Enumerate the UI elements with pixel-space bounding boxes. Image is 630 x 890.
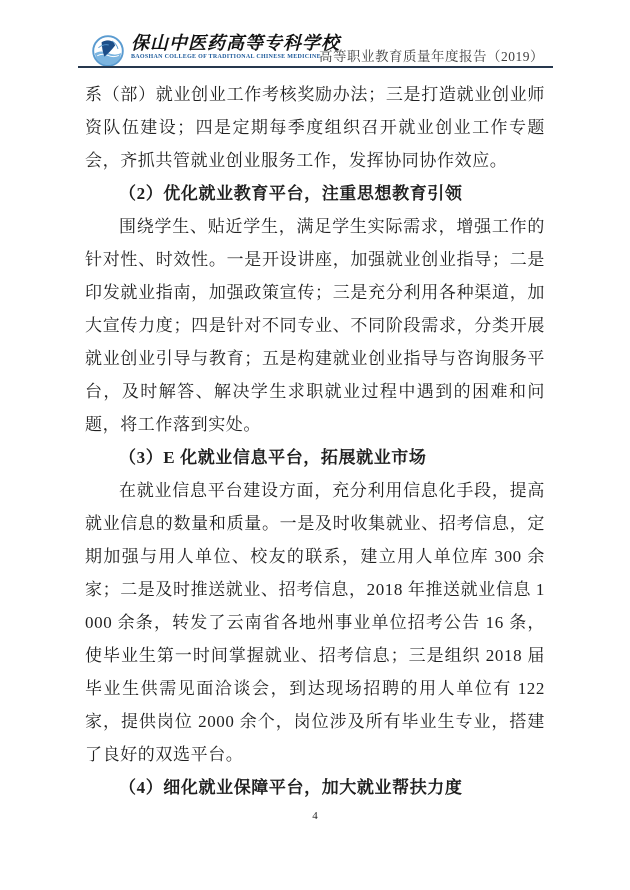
header-divider xyxy=(78,66,553,68)
document-page: 保山中医药高等专科学校 BAOSHAN COLLEGE OF TRADITION… xyxy=(0,0,630,890)
school-name-english: BAOSHAN COLLEGE OF TRADITIONAL CHINESE M… xyxy=(131,53,340,61)
section-heading-3: （3）E 化就业信息平台，拓展就业市场 xyxy=(85,441,545,474)
section-heading-2: （2）优化就业教育平台，注重思想教育引领 xyxy=(85,177,545,210)
paragraph-3: 在就业信息平台建设方面，充分利用信息化手段，提高就业信息的数量和质量。一是及时收… xyxy=(85,474,545,771)
school-name-chinese: 保山中医药高等专科学校 xyxy=(131,33,340,53)
header-brand: 保山中医药高等专科学校 BAOSHAN COLLEGE OF TRADITION… xyxy=(92,33,340,67)
paragraph-continuation-1: 系（部）就业创业工作考核奖励办法；三是打造就业创业师资队伍建设；四是定期每季度组… xyxy=(85,78,545,177)
report-title: 高等职业教育质量年度报告（2019） xyxy=(319,45,544,65)
document-body: 系（部）就业创业工作考核奖励办法；三是打造就业创业师资队伍建设；四是定期每季度组… xyxy=(85,78,545,804)
school-name-block: 保山中医药高等专科学校 BAOSHAN COLLEGE OF TRADITION… xyxy=(131,33,340,61)
school-emblem-icon xyxy=(92,35,124,67)
section-heading-4: （4）细化就业保障平台，加大就业帮扶力度 xyxy=(85,771,545,804)
paragraph-2: 围绕学生、贴近学生，满足学生实际需求，增强工作的针对性、时效性。一是开设讲座，加… xyxy=(85,210,545,441)
page-number: 4 xyxy=(0,810,630,822)
